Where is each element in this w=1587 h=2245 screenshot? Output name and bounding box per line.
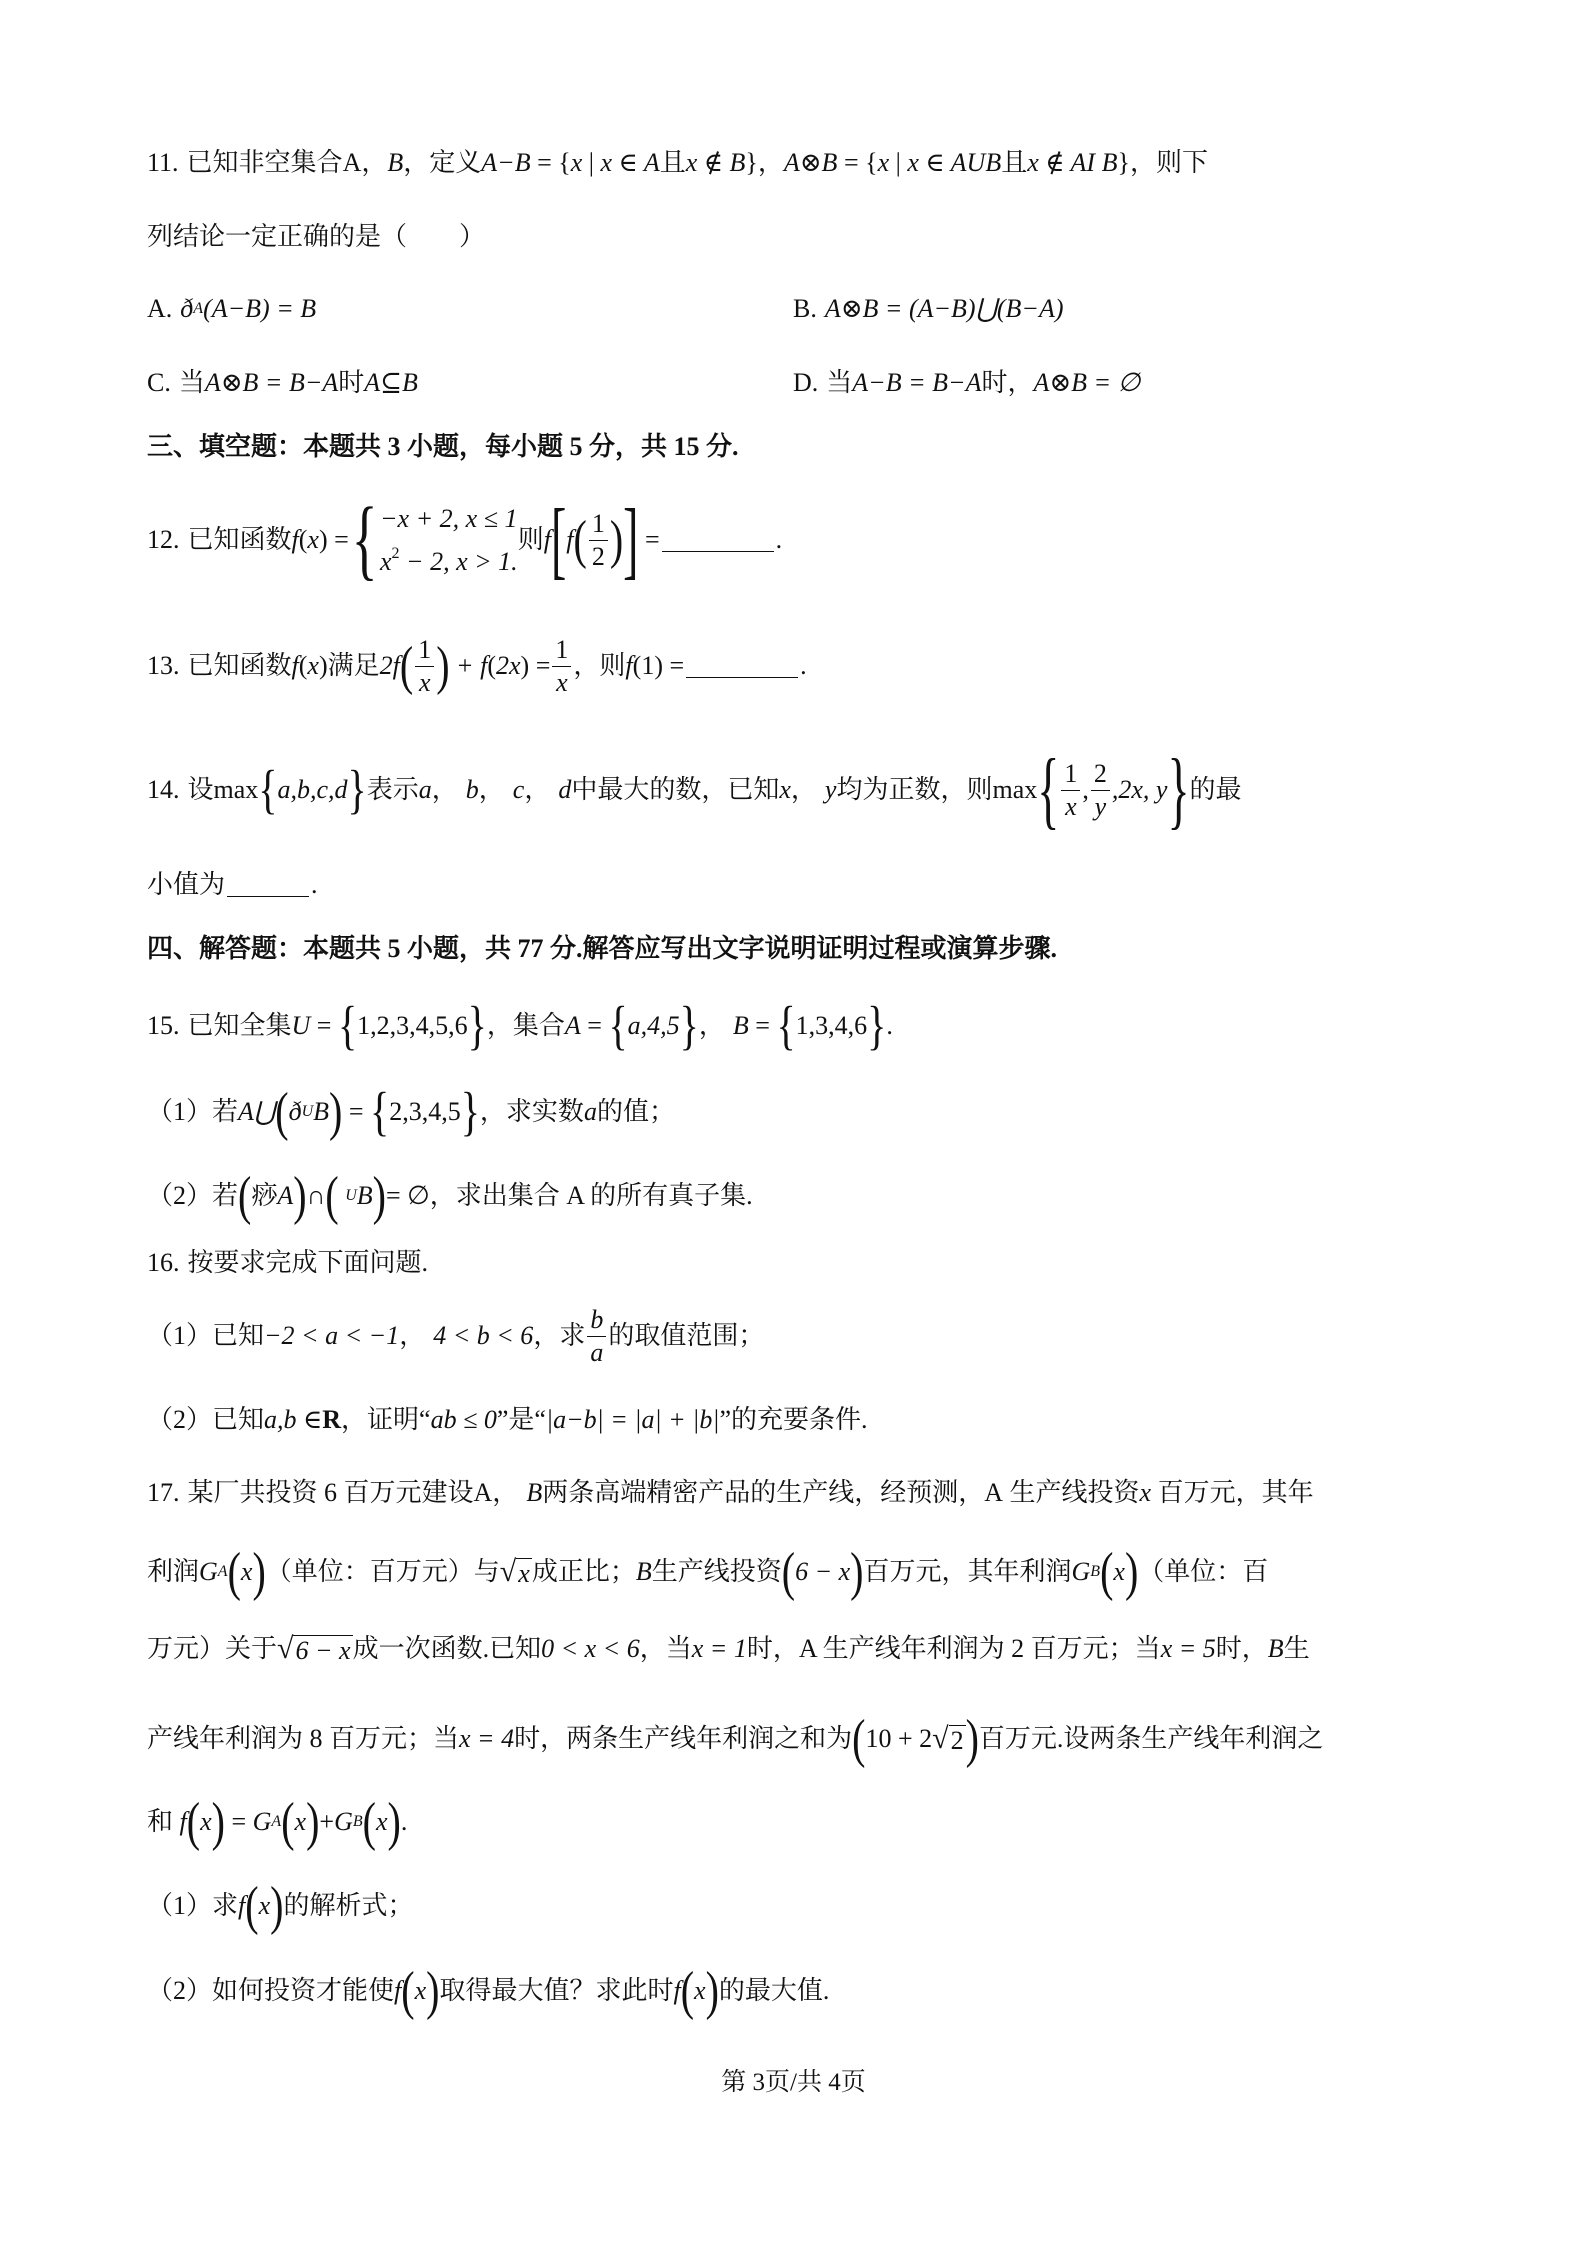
- q15-stem: 15. 已知全集 U = {1,2,3,4,5,6} ，集合 A = {a,4,…: [147, 1006, 893, 1046]
- def1-lhs: A−B: [481, 150, 530, 176]
- page-footer: 第 3页/共 4页: [0, 2062, 1587, 2098]
- q16-stem: 16. 按要求完成下面问题.: [147, 1250, 428, 1276]
- q16-part2: （2）已知 a,b ∈ R ，证明“ab ≤ 0”是“|a−b| = |a| +…: [147, 1407, 868, 1433]
- q11-line1: 11. 已知非空集合 A ， B ，定义 A−B = {x | x ∈ A且x …: [147, 150, 1208, 176]
- section-4-heading: 四、解答题：本题共 5 小题，共 77 分.解答应写出文字说明证明过程或演算步骤…: [147, 936, 1057, 962]
- def2-lhs: A⊗B: [784, 150, 838, 176]
- q11-option-a: A. ðA (A−B) = B: [147, 296, 316, 322]
- q11-option-b: B. A⊗B = (A−B)⋃(B−A): [793, 296, 1064, 322]
- q11-intro: 已知非空集合: [187, 150, 343, 176]
- q14-line1: 14. 设 max{a,b,c,d} 表示 a，b，c，d 中最大的数，已知 x…: [147, 750, 1242, 830]
- q17-part2: （2）如何投资才能使 f(x) 取得最大值？求此时 f(x) 的最大值.: [147, 1971, 829, 2011]
- q11-option-d: D. 当 A−B = B−A 时， A⊗B = ∅: [793, 370, 1140, 396]
- q12: 12. 已知函数 f(x) = { −x + 2, x ≤ 1 x2 − 2, …: [147, 494, 782, 586]
- q11-option-c: C. 当 A⊗B = B−A 时 A⊆B: [147, 370, 418, 396]
- q17-line3: 万元）关于 √6 − x 成一次函数.已知 0 < x < 6 ，当 x = 1…: [147, 1634, 1310, 1664]
- q15-part1: （1）若 A⋃(ðUB) = {2,3,4,5} ，求实数 a 的值；: [147, 1092, 675, 1132]
- q14-line2: 小值为 .: [147, 872, 318, 898]
- q15-part2: （2）若 (痧A)∩( UB) = ∅ ，求出集合 A 的所有真子集.: [147, 1176, 753, 1216]
- q17-line1: 17. 某厂共投资 6 百万元建设 A， B 两条高端精密产品的生产线，经预测，…: [147, 1480, 1314, 1506]
- q16-part1: （1）已知 −2 < a < −1， 4 < b < 6 ，求 ba 的取值范围…: [147, 1296, 764, 1376]
- answer-blank[interactable]: [686, 655, 798, 678]
- piecewise-function: { −x + 2, x ≤ 1 x2 − 2, x > 1.: [349, 495, 518, 585]
- q13: 13. 已知函数 f(x) 满足 2f( 1x ) + f(2x) = 1x ，…: [147, 628, 807, 704]
- answer-blank[interactable]: [662, 529, 774, 552]
- q17-line4: 产线年利润为 8 百万元；当 x = 4 时，两条生产线年利润之和为 (10 +…: [147, 1719, 1323, 1759]
- q17-line2: 利润 GA(x) （单位：百万元）与 √x 成正比； B 生产线投资 (6 − …: [147, 1552, 1268, 1592]
- q11-line2: 列结论一定正确的是（ ）: [147, 224, 485, 250]
- section-3-heading: 三、填空题：本题共 3 小题，每小题 5 分，共 15 分.: [147, 434, 739, 460]
- fraction-half: 12: [589, 511, 608, 570]
- q17-part1: （1）求 f(x) 的解析式；: [147, 1886, 413, 1926]
- q11-number: 11.: [147, 150, 179, 176]
- q17-line5: 和 f(x) = GA(x)+GB(x).: [147, 1802, 407, 1842]
- answer-blank[interactable]: [227, 874, 309, 897]
